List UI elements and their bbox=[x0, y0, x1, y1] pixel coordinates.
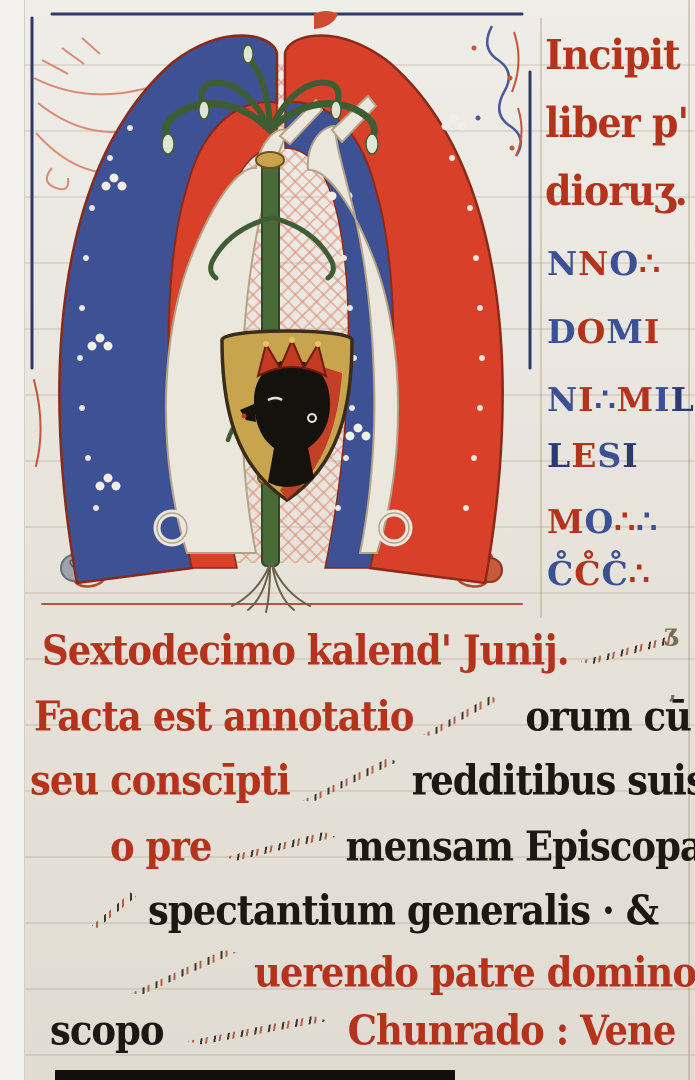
column-rule-left bbox=[540, 18, 542, 618]
corner-filigree-top-right bbox=[472, 26, 522, 156]
pen-flourish bbox=[420, 694, 503, 737]
rubric-text: seu conscīpti bbox=[30, 756, 290, 804]
capital-line: NNO∴ bbox=[547, 244, 661, 283]
capital-glyph: N bbox=[578, 244, 609, 283]
capital-glyph: ∴ bbox=[629, 554, 651, 593]
script-line: liber p' bbox=[545, 98, 688, 147]
capital-glyph: N bbox=[547, 244, 578, 283]
capital-glyph: M bbox=[606, 312, 644, 351]
text-line: Sextodecimo kalend' Junij. di bbox=[0, 626, 695, 674]
pen-flourish bbox=[188, 1016, 328, 1045]
pen-flourish bbox=[88, 892, 140, 929]
text-line: uerendo patre domino bbox=[0, 948, 695, 996]
capital-glyph: E bbox=[571, 436, 597, 475]
photo-edge-bar bbox=[55, 1070, 455, 1080]
body-text: redditibus suis. bbox=[412, 756, 695, 804]
text-line: Facta est annotatio orum cū bbox=[0, 692, 691, 740]
capital-glyph: C̊ bbox=[547, 554, 574, 593]
top-crest bbox=[314, 11, 338, 29]
capital-glyph: D bbox=[547, 312, 577, 351]
capital-glyph: ∴ bbox=[614, 502, 636, 541]
capital-glyph: C̊ bbox=[602, 554, 629, 593]
capital-glyph: I bbox=[654, 380, 670, 419]
rubric-text: Facta est annotatio bbox=[34, 692, 413, 740]
capital-line: NI∴MIL bbox=[547, 380, 695, 419]
capital-glyph: O bbox=[609, 244, 639, 283]
capital-glyph: ∴ bbox=[636, 502, 658, 541]
capital-glyph: C̊ bbox=[574, 554, 601, 593]
capital-line: LESI bbox=[547, 436, 639, 475]
initial-right-lobe bbox=[285, 36, 503, 584]
margin-mark: ’ bbox=[668, 690, 676, 719]
text-line: spectantium generalis · & bbox=[0, 886, 658, 934]
rubric-text: uerendo patre domino bbox=[254, 948, 695, 996]
body-text: scopo bbox=[50, 1006, 164, 1054]
capital-line: C̊C̊C̊∴ bbox=[547, 554, 651, 593]
margin-mark: ʒ bbox=[664, 618, 678, 647]
capital-glyph: M bbox=[617, 380, 655, 419]
capital-glyph: O bbox=[577, 312, 607, 351]
text-line: o pre mensam Episcopaleʒ bbox=[0, 822, 695, 870]
capital-line: DOMI bbox=[547, 312, 660, 351]
capital-glyph: L bbox=[671, 380, 695, 419]
pen-flourish bbox=[298, 757, 401, 804]
capital-glyph: N bbox=[547, 380, 578, 419]
pen-flourish bbox=[127, 948, 240, 997]
capital-glyph: M bbox=[547, 502, 585, 541]
capital-glyph: L bbox=[547, 436, 571, 475]
capital-line: MO∴∴ bbox=[547, 502, 658, 541]
capital-glyph: O bbox=[585, 502, 615, 541]
capital-glyph: I bbox=[622, 436, 638, 475]
script-line: dioruʒ. bbox=[545, 166, 687, 215]
text-line: scopo Chunrado : Vene bbox=[0, 1006, 675, 1054]
column-rule-right bbox=[688, 0, 690, 1080]
script-line: Incipit bbox=[545, 30, 680, 79]
capital-glyph: S bbox=[597, 436, 622, 475]
manuscript-page: Incipit liber p' dioruʒ. NNO∴ DOMI NI∴MI… bbox=[0, 0, 695, 1080]
pen-flourish bbox=[225, 832, 335, 861]
body-text: mensam Episcopaleʒ bbox=[345, 822, 695, 870]
text-line: seu conscīpti redditibus suis. bbox=[0, 756, 695, 804]
rubric-text: Sextodecimo kalend' Junij. bbox=[42, 626, 569, 674]
rubric-text: o pre bbox=[110, 822, 211, 870]
capital-glyph: ∴ bbox=[639, 244, 661, 283]
capital-glyph: I bbox=[644, 312, 660, 351]
body-text: spectantium generalis · & bbox=[148, 886, 658, 934]
illuminated-initial-artwork bbox=[22, 8, 540, 620]
rubric-text: Chunrado : Vene bbox=[348, 1006, 676, 1054]
capital-glyph: I bbox=[578, 380, 594, 419]
body-text: orum cū bbox=[525, 692, 691, 740]
capital-glyph: ∴ bbox=[595, 380, 617, 419]
